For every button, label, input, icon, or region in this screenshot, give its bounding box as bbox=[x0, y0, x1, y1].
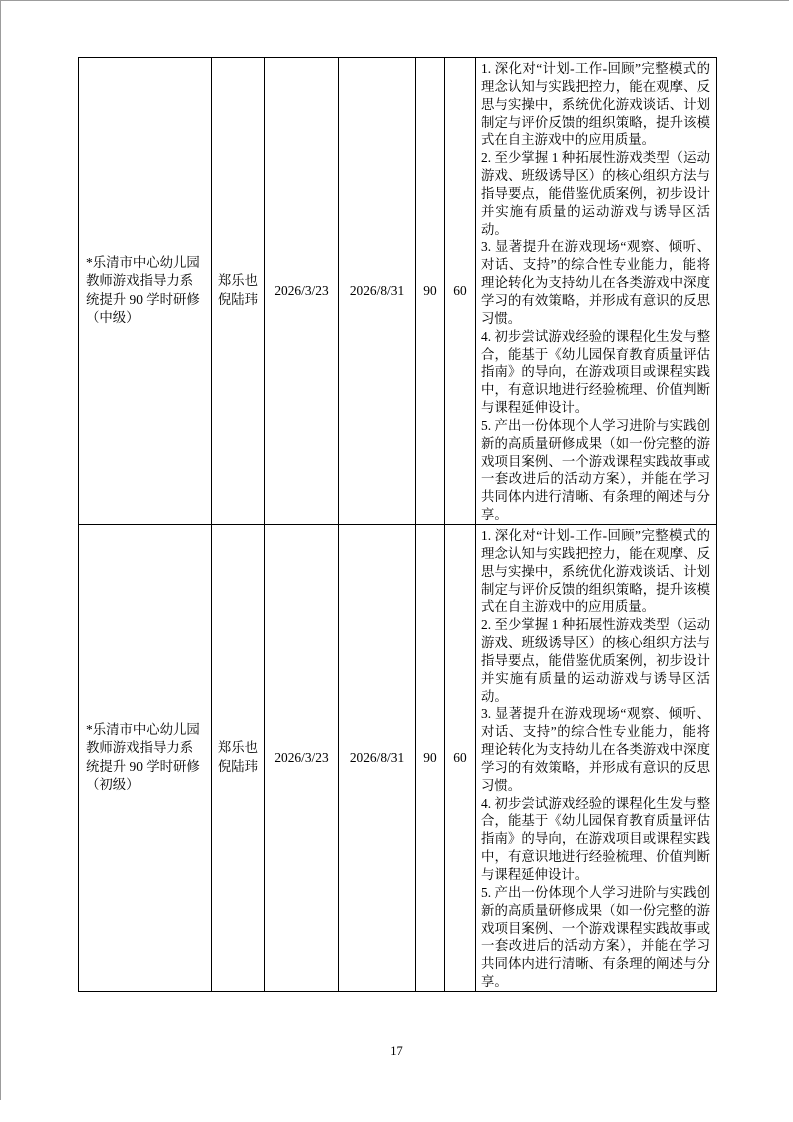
leader-name: 倪陆玮 bbox=[214, 758, 262, 777]
end-date-cell: 2026/8/31 bbox=[339, 58, 416, 525]
objective-item: 5. 产出一份体现个人学习进阶与实践创新的高质量研修成果（如一份完整的游戏项目案… bbox=[481, 417, 710, 524]
objective-item: 4. 初步尝试游戏经验的课程化生发与整合，能基于《幼儿园保育教育质量评估指南》的… bbox=[481, 328, 710, 417]
training-plan-table: *乐清市中心幼儿园教师游戏指导力系统提升 90 学时研修（中级） 郑乐也 倪陆玮… bbox=[78, 57, 717, 992]
start-date-cell: 2026/3/23 bbox=[265, 58, 339, 525]
leader-names-cell: 郑乐也 倪陆玮 bbox=[212, 524, 265, 991]
project-name-cell: *乐清市中心幼儿园教师游戏指导力系统提升 90 学时研修（初级） bbox=[79, 524, 212, 991]
offline-hours-cell: 60 bbox=[445, 58, 476, 525]
project-name: *乐清市中心幼儿园教师游戏指导力系统提升 90 学时研修（中级） bbox=[86, 254, 204, 328]
page-edge-top-line bbox=[0, 0, 789, 1]
table-row-beginner: *乐清市中心幼儿园教师游戏指导力系统提升 90 学时研修（初级） 郑乐也 倪陆玮… bbox=[79, 524, 717, 991]
end-date-cell: 2026/8/31 bbox=[339, 524, 416, 991]
project-name: *乐清市中心幼儿园教师游戏指导力系统提升 90 学时研修（初级） bbox=[86, 721, 204, 795]
objective-item: 4. 初步尝试游戏经验的课程化生发与整合，能基于《幼儿园保育教育质量评估指南》的… bbox=[481, 795, 710, 884]
project-name-cell: *乐清市中心幼儿园教师游戏指导力系统提升 90 学时研修（中级） bbox=[79, 58, 212, 525]
leader-names-cell: 郑乐也 倪陆玮 bbox=[212, 58, 265, 525]
objectives-cell: 1. 深化对“计划-工作-回顾”完整模式的理念认知与实践把控力，能在观摩、反思与… bbox=[476, 524, 717, 991]
start-date-cell: 2026/3/23 bbox=[265, 524, 339, 991]
objectives-cell: 1. 深化对“计划-工作-回顾”完整模式的理念认知与实践把控力，能在观摩、反思与… bbox=[476, 58, 717, 525]
offline-hours-cell: 60 bbox=[445, 524, 476, 991]
document-page: *乐清市中心幼儿园教师游戏指导力系统提升 90 学时研修（中级） 郑乐也 倪陆玮… bbox=[0, 0, 793, 1122]
objective-item: 2. 至少掌握 1 种拓展性游戏类型（运动游戏、班级诱导区）的核心组织方法与指导… bbox=[481, 149, 710, 238]
total-hours-cell: 90 bbox=[416, 58, 445, 525]
page-number: 17 bbox=[0, 1044, 793, 1059]
table-row-intermediate: *乐清市中心幼儿园教师游戏指导力系统提升 90 学时研修（中级） 郑乐也 倪陆玮… bbox=[79, 58, 717, 525]
objective-item: 3. 显著提升在游戏现场“观察、倾听、对话、支持”的综合性专业能力，能将理论转化… bbox=[481, 238, 710, 327]
objective-item: 2. 至少掌握 1 种拓展性游戏类型（运动游戏、班级诱导区）的核心组织方法与指导… bbox=[481, 616, 710, 705]
page-edge-left-line bbox=[0, 0, 1, 1100]
leader-name: 郑乐也 bbox=[214, 739, 262, 758]
objective-item: 1. 深化对“计划-工作-回顾”完整模式的理念认知与实践把控力，能在观摩、反思与… bbox=[481, 60, 710, 149]
objective-item: 5. 产出一份体现个人学习进阶与实践创新的高质量研修成果（如一份完整的游戏项目案… bbox=[481, 884, 710, 991]
leader-name: 倪陆玮 bbox=[214, 291, 262, 310]
objective-item: 1. 深化对“计划-工作-回顾”完整模式的理念认知与实践把控力，能在观摩、反思与… bbox=[481, 527, 710, 616]
objective-item: 3. 显著提升在游戏现场“观察、倾听、对话、支持”的综合性专业能力，能将理论转化… bbox=[481, 705, 710, 794]
leader-name: 郑乐也 bbox=[214, 272, 262, 291]
total-hours-cell: 90 bbox=[416, 524, 445, 991]
